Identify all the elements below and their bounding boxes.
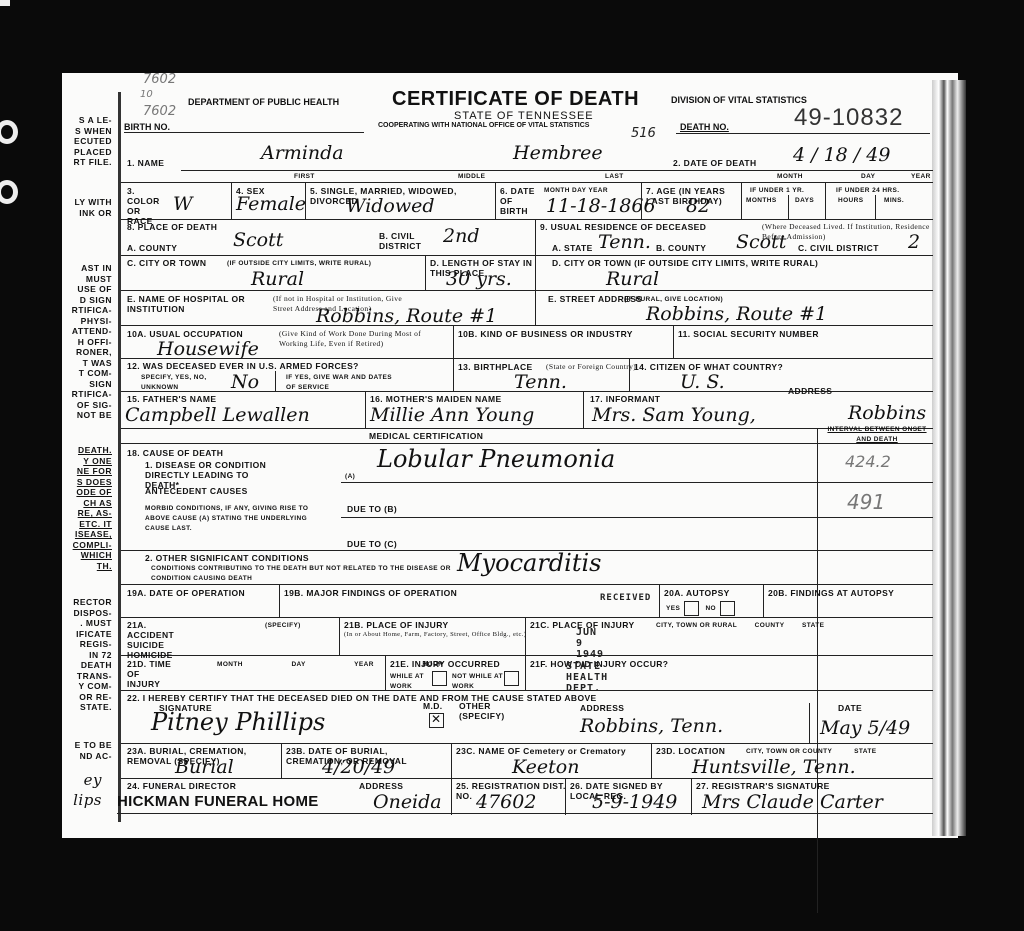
informant-label: 17. INFORMANT — [590, 394, 660, 404]
place-of-injury-note: (In or About Home, Farm, Factory, Street… — [344, 630, 526, 640]
funeral-address-label: ADDRESS — [359, 781, 403, 791]
business-label: 10B. KIND OF BUSINESS OR INDUSTRY — [458, 329, 633, 339]
row-name: 1. NAME Arminda Hembree 516 FIRST MIDDLE… — [121, 132, 933, 178]
row-place-county: 8. PLACE OF DEATH A. COUNTY Scott B. CIV… — [121, 219, 933, 256]
date-signed-value: 5-9-1949 — [592, 791, 677, 813]
color-race-value: W — [173, 193, 193, 215]
residence-district-value: 2 — [908, 231, 920, 253]
funeral-director-value: HICKMAN FUNERAL HOME — [117, 793, 319, 810]
name-label: 1. NAME — [127, 158, 164, 168]
row-city: C. CITY OR TOWN (IF OUTSIDE CITY LIMITS,… — [121, 256, 933, 291]
margin-note: RECTOR DISPOS- . MUST IFICATE REGIS- IN … — [73, 597, 112, 713]
citizen-value: U. S. — [680, 371, 725, 393]
date-of-death-label: 2. DATE OF DEATH — [673, 158, 757, 168]
armed-forces-value: No — [231, 371, 259, 393]
while-at-work-label: WHILE AT WORK — [390, 672, 430, 692]
margin-note: DEATH. Y ONE NE FOR S DOES ODE OF CH AS … — [73, 445, 112, 571]
marital-value: Widowed — [346, 195, 435, 217]
father-value: Campbell Lewallen — [125, 404, 310, 426]
city-value: Rural — [251, 268, 304, 290]
due-to-b-label: DUE TO (B) — [347, 504, 397, 514]
row-injury-2: 21D. TIME OF INJURY MONTH DAY YEAR HOUR … — [121, 656, 933, 691]
funeral-address-value: Oneida — [373, 791, 442, 813]
not-while-at-work-checkbox[interactable] — [504, 671, 519, 686]
under-24-hrs-label: IF UNDER 24 HRS. — [836, 186, 899, 196]
city-label: C. CITY OR TOWN — [127, 258, 206, 268]
other-conditions-label: 2. OTHER SIGNIFICANT CONDITIONS — [145, 553, 309, 563]
margin-note: LY WITH INK OR — [74, 197, 112, 218]
margin-note: AST IN MUST USE OF D SIGN RTIFICA- PHYSI… — [72, 263, 112, 421]
interval-a-value: 424.2 — [845, 452, 891, 471]
hours-label: HOURS — [838, 196, 863, 206]
residence-county-value: Scott — [736, 231, 786, 253]
certificate-form: 1. NAME Arminda Hembree 516 FIRST MIDDLE… — [118, 92, 933, 822]
certifier-address-label: ADDRESS — [580, 703, 624, 713]
under-1-yr-label: IF UNDER 1 YR. — [750, 186, 804, 196]
office-stamp: STATE HEALTH DEPT. — [566, 661, 608, 694]
certification-statement: 22. I HEREBY CERTIFY THAT THE DECEASED D… — [127, 693, 597, 703]
days-label: DAYS — [795, 196, 814, 206]
registrar-signature-value: Mrs Claude Carter — [702, 791, 883, 813]
autopsy-yes-label: YES — [666, 605, 680, 612]
residence-city-value: Rural — [606, 268, 659, 290]
occupation-note: (Give Kind of Work Done During Most of W… — [279, 329, 449, 349]
row-certification: 22. I HEREBY CERTIFY THAT THE DECEASED D… — [121, 691, 933, 744]
certification-date-value: May 5/49 — [820, 717, 910, 739]
pencil-note: 7602 — [143, 72, 176, 87]
margin-note: E TO BE ND AC- — [75, 740, 112, 761]
date-of-death-value: 4 / 18 / 49 — [793, 144, 890, 166]
funeral-director-label: 24. FUNERAL DIRECTOR — [127, 781, 236, 791]
autopsy-no-checkbox[interactable] — [720, 601, 735, 616]
ssn-label: 11. SOCIAL SECURITY NUMBER — [678, 329, 819, 339]
month-label: MONTH — [777, 172, 803, 182]
row-occupation: 10A. USUAL OCCUPATION (Give Kind of Work… — [121, 326, 933, 359]
residence-county-label: B. COUNTY — [656, 243, 706, 253]
row-medical-title: MEDICAL CERTIFICATION INTERVAL BETWEEN O… — [121, 429, 933, 444]
sex-value: Female — [236, 193, 306, 215]
certifier-address-value: Robbins, Tenn. — [580, 715, 723, 737]
mins-label: MINS. — [884, 196, 904, 206]
row-funeral: 24. FUNERAL DIRECTOR HICKMAN FUNERAL HOM… — [121, 779, 933, 815]
while-at-work-checkbox[interactable] — [432, 671, 447, 686]
armed-forces-specify-label: SPECIFY, YES, NO, UNKNOWN — [141, 373, 221, 393]
autopsy-label: 20A. AUTOPSY — [664, 588, 730, 598]
last-label: LAST — [605, 172, 624, 182]
md-label: M.D. — [423, 701, 443, 711]
autopsy-no-label: NO — [705, 605, 716, 612]
age-value: 82 — [686, 195, 710, 217]
autopsy-options: YES NO — [666, 601, 739, 616]
informant-address-label: ADDRESS — [788, 386, 832, 396]
hospital-label: E. NAME OF HOSPITAL OR INSTITUTION — [127, 294, 257, 314]
not-while-at-work-label: NOT WHILE AT WORK — [452, 672, 508, 692]
residence-city-label: D. CITY OR TOWN (IF OUTSIDE CITY LIMITS,… — [552, 258, 818, 268]
county-value: Scott — [233, 229, 283, 251]
cause-of-death-label: 18. CAUSE OF DEATH — [127, 448, 223, 458]
war-service-label: IF YES, GIVE WAR AND DATES OF SERVICE — [286, 373, 396, 393]
place-of-injury-label: 21B. PLACE OF INJURY — [344, 620, 449, 630]
received-stamp: RECEIVED — [600, 593, 651, 603]
row-operation: 19A. DATE OF OPERATION 19B. MAJOR FINDIN… — [121, 584, 933, 618]
margin-note: S A LE- S WHEN ECUTED PLACED RT FILE. — [74, 115, 112, 168]
residence-state-value: Tenn. — [598, 231, 651, 253]
film-edge-mark — [0, 0, 10, 6]
accident-specify-label: (SPECIFY) — [265, 621, 301, 631]
row-burial: 23A. BURIAL, CREMATION, REMOVAL (SPECIFY… — [121, 744, 933, 779]
street-value: Robbins, Route #1 — [646, 303, 827, 325]
ledger-page-edges — [932, 80, 966, 836]
cause-a-value: Lobular Pneumonia — [377, 448, 615, 470]
civil-district-value: 2nd — [443, 225, 480, 247]
year-label: YEAR — [911, 172, 931, 182]
other-conditions-note: CONDITIONS CONTRIBUTING TO THE DEATH BUT… — [151, 564, 451, 584]
dob-value: 11-18-1866 — [546, 195, 656, 217]
place-of-death-label: 8. PLACE OF DEATH — [127, 222, 217, 232]
film-frame-marker — [0, 180, 18, 204]
father-label: 15. FATHER'S NAME — [127, 394, 216, 404]
length-of-stay-value: 30 yrs. — [446, 268, 512, 290]
interval-b-value: 491 — [847, 490, 885, 514]
accident-label: 21A. ACCIDENT SUICIDE HOMICIDE — [127, 620, 187, 660]
occupation-value: Housewife — [157, 338, 259, 360]
burial-type-value: Burial — [175, 756, 234, 778]
morbid-conditions-label: MORBID CONDITIONS, IF ANY, GIVING RISE T… — [145, 504, 315, 534]
other-conditions-value: Myocarditis — [457, 552, 601, 574]
interval-label: INTERVAL BETWEEN ONSET AND DEATH — [822, 425, 932, 445]
birthplace-value: Tenn. — [514, 371, 567, 393]
mother-value: Millie Ann Young — [370, 404, 534, 426]
injury-occurred-label: 21E. INJURY OCCURRED — [390, 659, 500, 669]
row-parents: 15. FATHER'S NAME Campbell Lewallen 16. … — [121, 392, 933, 429]
pencil-note: 516 — [631, 126, 656, 141]
dob-label: 6. DATE OF BIRTH — [500, 186, 540, 216]
burial-location-label: 23D. LOCATION — [656, 746, 725, 756]
cause-a-label: (A) — [345, 472, 355, 482]
months-label: MONTHS — [746, 196, 777, 206]
due-to-c-label: DUE TO (C) — [347, 539, 397, 549]
residence-state-label: A. STATE — [552, 243, 593, 253]
first-name-value: Arminda — [261, 142, 344, 164]
day-label: DAY — [861, 172, 875, 182]
physician-signature: Pitney Phillips — [151, 711, 325, 733]
armed-forces-label: 12. WAS DECEASED EVER IN U.S. ARMED FORC… — [127, 361, 359, 371]
md-checkbox[interactable] — [429, 713, 444, 728]
cemetery-value: Keeton — [512, 756, 579, 778]
burial-date-value: 4/20/49 — [322, 756, 395, 778]
civil-district-label: B. CIVIL DISTRICT — [379, 231, 429, 251]
row-injury-1: 21A. ACCIDENT SUICIDE HOMICIDE (SPECIFY)… — [121, 617, 933, 656]
hospital-value: Robbins, Route #1 — [316, 305, 497, 327]
operation-date-label: 19A. DATE OF OPERATION — [127, 588, 245, 598]
autopsy-yes-checkbox[interactable] — [684, 601, 699, 616]
informant-value: Mrs. Sam Young, — [592, 404, 756, 426]
operation-findings-label: 19B. MAJOR FINDINGS OF OPERATION — [284, 588, 457, 598]
last-name-value: Hembree — [513, 142, 603, 164]
middle-label: MIDDLE — [458, 172, 485, 182]
informant-address-value: Robbins — [848, 402, 926, 424]
cemetery-label: 23C. NAME OF Cemetery or Crematory — [456, 746, 626, 756]
county-label: A. COUNTY — [127, 243, 177, 253]
registrar-signature-label: 27. REGISTRAR'S SIGNATURE — [696, 781, 830, 791]
medical-certification-title: MEDICAL CERTIFICATION — [369, 431, 483, 441]
autopsy-findings-label: 20B. FINDINGS AT AUTOPSY — [768, 588, 894, 598]
burial-location-value: Huntsville, Tenn. — [692, 756, 856, 778]
other-specify-label: OTHER (SPECIFY) — [459, 701, 509, 721]
first-label: FIRST — [294, 172, 315, 182]
place-columns: CITY, TOWN OR RURAL COUNTY STATE — [656, 621, 824, 631]
time-of-injury-label: 21D. TIME OF INJURY — [127, 659, 175, 689]
row-hospital: E. NAME OF HOSPITAL OR INSTITUTION (If n… — [121, 291, 933, 326]
antecedent-causes-label: ANTECEDENT CAUSES — [145, 486, 248, 496]
certification-date-label: DATE — [838, 703, 862, 713]
film-frame-marker — [0, 120, 18, 144]
residence-district-label: C. CIVIL DISTRICT — [798, 243, 879, 253]
margin-handwriting: ey lips — [73, 770, 102, 810]
mother-label: 16. MOTHER'S MAIDEN NAME — [370, 394, 502, 404]
row-demographics: 3. COLOR OR RACE W 4. SEX Female 5. SING… — [121, 182, 933, 220]
registration-district-value: 47602 — [476, 791, 536, 813]
